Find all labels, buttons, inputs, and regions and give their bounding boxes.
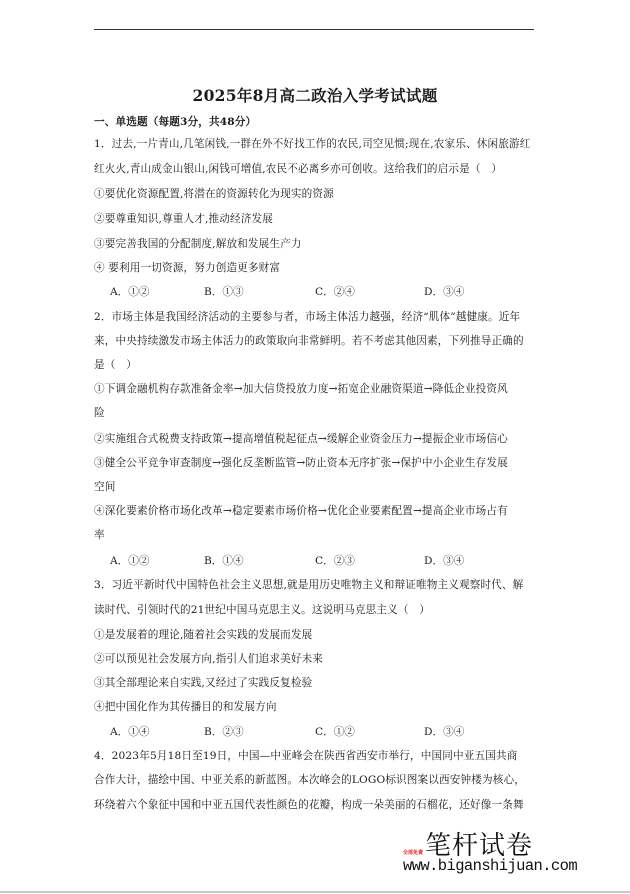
statement: ①下调金融机构存款准备金率→加大信贷投放力度→拓宽企业融资渠道→降低企业投资风 — [94, 381, 508, 396]
question-stem-line: 3．习近平新时代中国特色社会主义思想,就是用历史唯物主义和辩证唯物主义观察时代、… — [94, 577, 523, 592]
watermark-url-link[interactable]: www.biganshijuan.com — [403, 857, 577, 875]
question-stem-line: 是（ ） — [94, 357, 137, 372]
header-rule — [94, 29, 534, 30]
option-d: D．③④ — [424, 724, 464, 739]
section-heading: 一、单选题（每题3分，共48分） — [94, 114, 256, 129]
option-a: A．①② — [110, 284, 149, 299]
statement: ④ 要利用一切资源，努力创造更多财富 — [94, 260, 280, 275]
statement: ③健全公平竞争审查制度→强化反垄断监管→防止资本无序扩张→保护中小企业生存发展 — [94, 455, 508, 470]
question-stem-line: 来，中央持续激发市场主体活力的政策取向非常鲜明。若不考虑其他因素，下列推导正确的 — [94, 333, 524, 348]
page-bottom-edge — [0, 891, 630, 893]
option-b: B．①③ — [204, 284, 244, 299]
option-a: A．①④ — [110, 724, 149, 739]
option-c: C．①② — [315, 724, 355, 739]
statement: 空间 — [94, 479, 116, 494]
statement: 率 — [94, 527, 105, 542]
question-stem-line: 环绕着六个象征中国和中亚五国代表性颜色的花瓣，构成一朵美丽的石榴花，还好像一条舞 — [94, 797, 524, 812]
statement: ②可以预见社会发展方向,指引人们追求美好未来 — [94, 651, 323, 666]
page-title: 2025年8月高二政治入学考试试题 — [0, 84, 630, 106]
watermark-free-tag: 全部免费 — [403, 849, 423, 856]
option-c: C．②③ — [315, 553, 355, 568]
question-stem-line: 红火火,青山成金山银山,闲钱可增值,农民不必离乡亦可创收。这给我们的启示是（ ） — [94, 161, 502, 176]
statement: ③其全部理论来自实践,又经过了实践反复检验 — [94, 675, 312, 690]
statement: ④深化要素价格市场化改革→稳定要素市场价格→优化企业要素配置→提高企业市场占有 — [94, 503, 508, 518]
question-stem-line: 合作大计，描绘中国、中亚关系的新蓝图。本次峰会的LOGO标识图案以西安钟楼为核心… — [94, 772, 525, 787]
option-d: D．③④ — [424, 553, 464, 568]
question-stem-line: 2．市场主体是我国经济活动的主要参与者，市场主体活力越强，经济“肌体”越健康。近… — [94, 309, 520, 324]
watermark-logo[interactable]: 笔杆试卷 全部免费 www.biganshijuan.com — [403, 825, 563, 891]
statement: ④把中国化作为其传播目的和发展方向 — [94, 699, 277, 714]
option-a: A．①② — [110, 553, 149, 568]
option-b: B．②③ — [204, 724, 244, 739]
question-stem-line: 读时代、引领时代的21世纪中国马克思主义。这说明马克思主义（ ） — [94, 602, 430, 617]
question-stem-line: 1．过去,一片青山,几笔闲钱,一群在外不好找工作的农民,司空见惯;现在,农家乐、… — [94, 136, 530, 151]
statement: ①是发展着的理论,随着社会实践的发展而发展 — [94, 627, 312, 642]
statement: ②要尊重知识,尊重人才,推动经济发展 — [94, 211, 273, 226]
question-stem-line: 4．2023年5月18日至19日，中国—中亚峰会在陕西省西安市举行，中国同中亚五… — [94, 748, 517, 763]
statement: ③要完善我国的分配制度,解放和发展生产力 — [94, 236, 302, 251]
statement: ②实施组合式税费支持政策→提高增值税起征点→缓解企业资金压力→提振企业市场信心 — [94, 431, 508, 446]
option-d: D．③④ — [424, 284, 464, 299]
option-b: B．①④ — [204, 553, 244, 568]
statement: 险 — [94, 405, 105, 420]
option-c: C．②④ — [315, 284, 355, 299]
statement: ①要优化资源配置,将潜在的资源转化为现实的资源 — [94, 186, 334, 201]
